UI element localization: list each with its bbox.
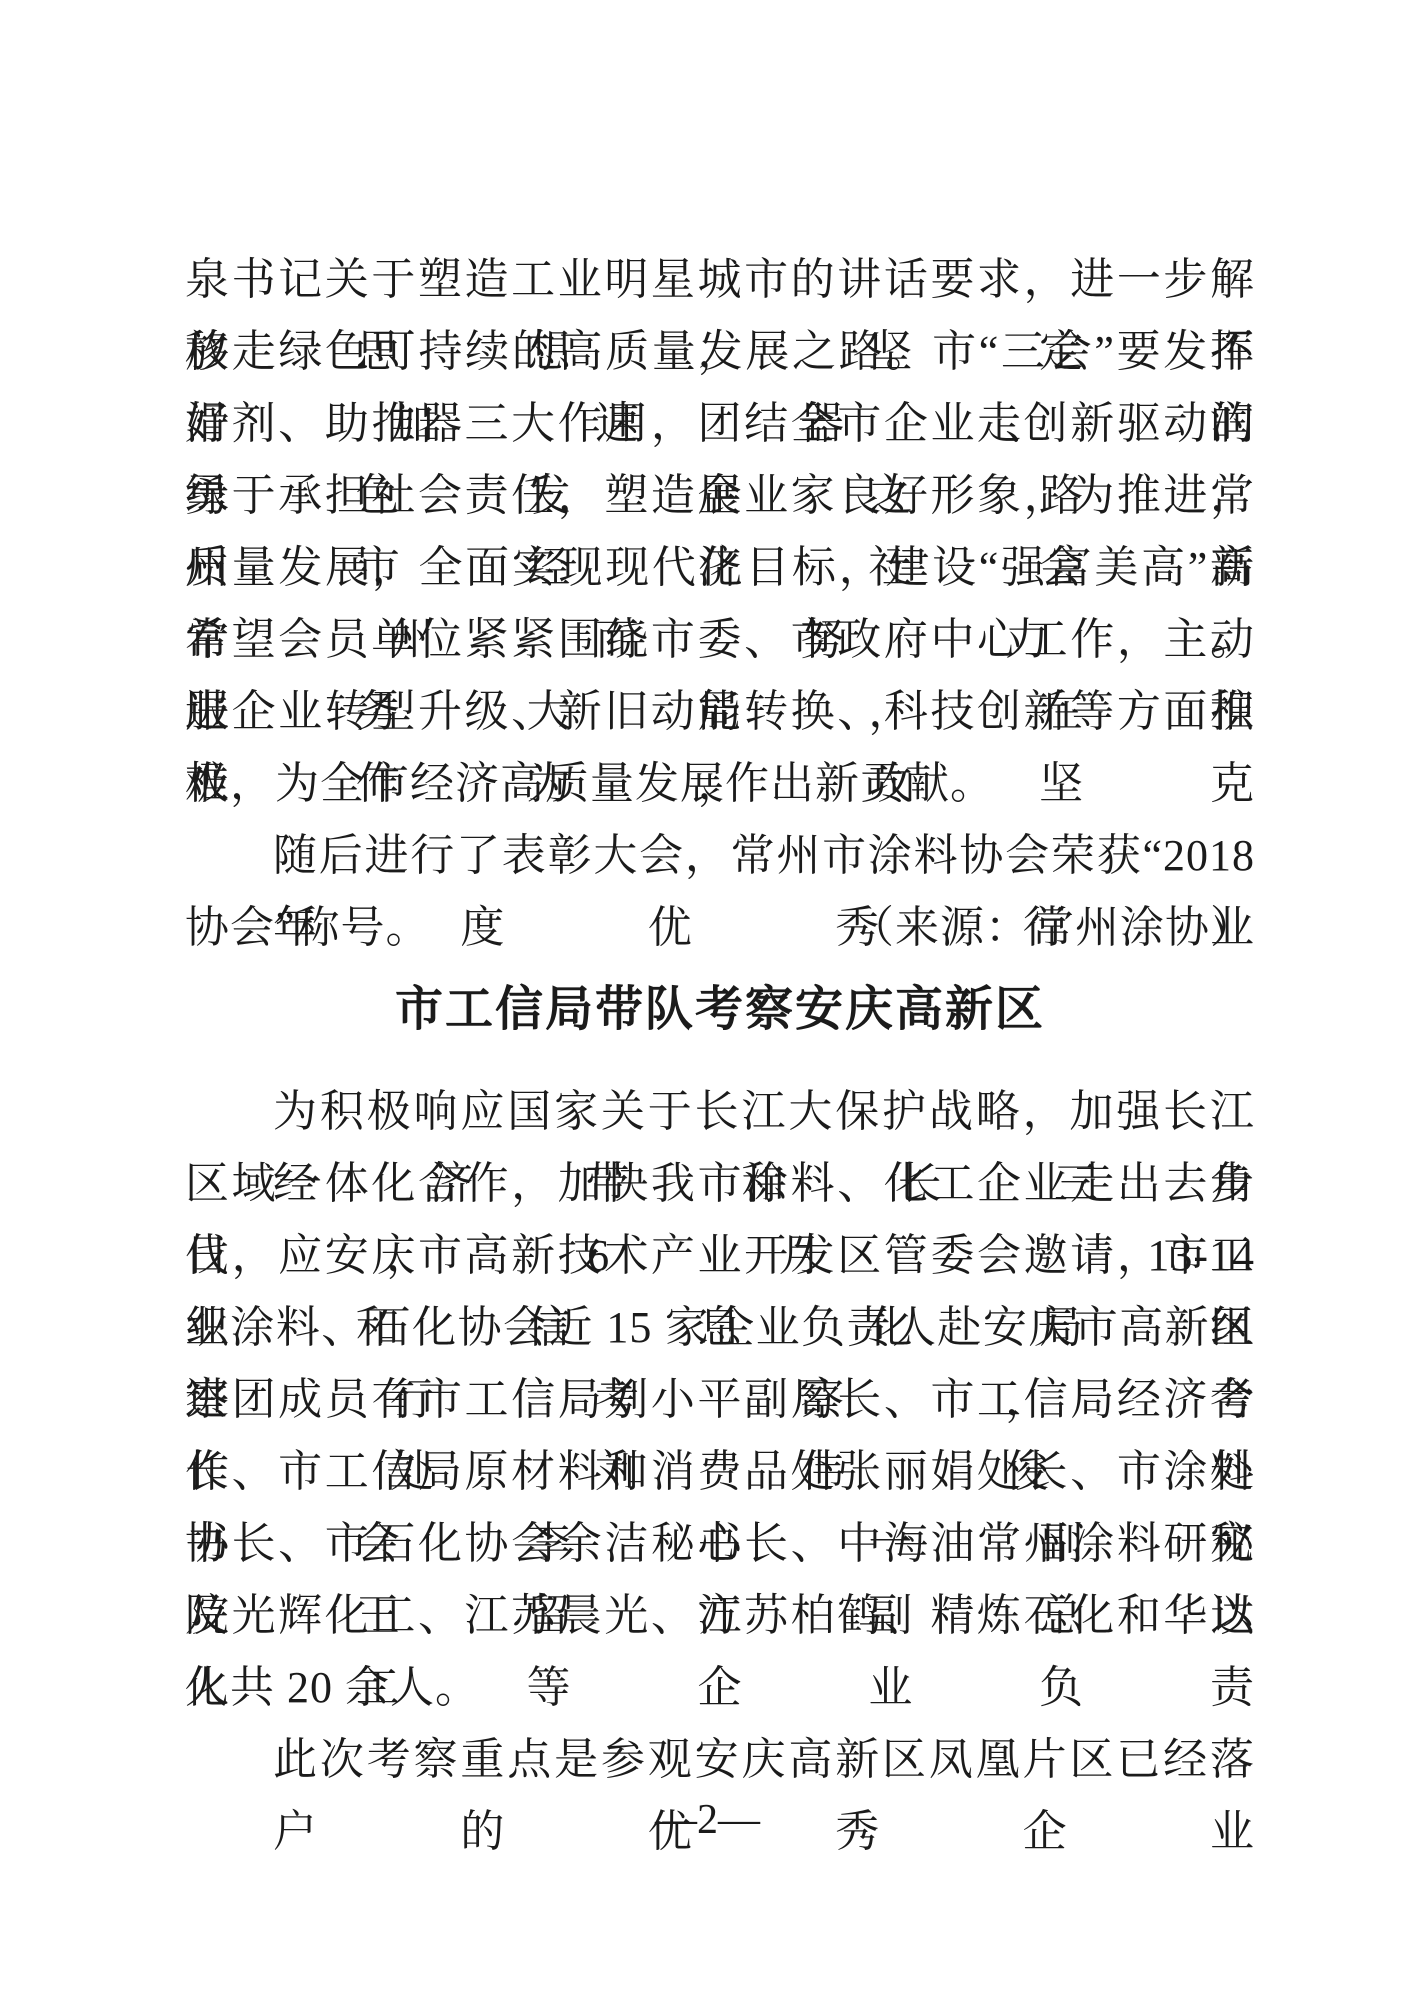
paragraph-awards-speech: 泉书记关于塑造工业明星城市的讲话要求，进一步解放思想，坚定不移走绿色可持续的高质… <box>185 244 1255 820</box>
paragraph-end-text: 协会”称号。 <box>185 892 431 964</box>
text-line: 移走绿色可持续的高质量发展之路。市“三会”要发挥好加速器、润 <box>185 316 1255 388</box>
text-line: 随后进行了表彰大会，常州市涂料协会荣获“2018 年度优秀行业 <box>185 820 1255 892</box>
text-line: 此次考察重点是参观安庆高新区凤凰片区已经落户的优秀企业 <box>185 1724 1255 1796</box>
text-line: 长、市工信局原材料和消费品处张丽娟处长、市涂料协会李心一副秘 <box>185 1436 1255 1508</box>
page-number: —2— <box>0 1796 1415 1844</box>
text-line: 书长、市石化协会余洁秘书长、中海油常州涂料研究院王留方副总以 <box>185 1508 1255 1580</box>
text-line: 为积极响应国家关于长江大保护战略，加强长江经济带和长三角 <box>185 1076 1255 1148</box>
text-line: 区域一体化合作，加快我市涂料、化工企业走出去步伐，6 月 13-14 <box>185 1148 1255 1220</box>
text-line: 进企业转型升级、新旧动能转换、科技创新等方面积极作为，攻坚克 <box>185 676 1255 748</box>
text-line: 滑剂、助推器三大作用，团结全市企业走创新驱动的绿色发展之路， <box>185 388 1255 460</box>
paragraph-inspection-intro: 为积极响应国家关于长江大保护战略，加强长江经济带和长三角区域一体化合作，加快我市… <box>185 1076 1255 1724</box>
text-line: 希望会员单位紧紧围绕市委、市政府中心工作，主动服务大局，在推 <box>185 604 1255 676</box>
text-line: 勇于承担社会责任，塑造企业家良好形象，为推进常州市经济社会高 <box>185 460 1255 532</box>
paragraph-inspection-focus: 此次考察重点是参观安庆高新区凤凰片区已经落户的优秀企业 <box>185 1724 1255 1796</box>
text-line: 质量发展，全面实现现代化目标，建设“强富美高”新常州而努力。 <box>185 532 1255 604</box>
article-title: 市工信局带队考察安庆高新区 <box>185 980 1255 1040</box>
text-line: 泉书记关于塑造工业明星城市的讲话要求，进一步解放思想，坚定不 <box>185 244 1255 316</box>
text-line: 日，应安庆市高新技术产业开发区管委会邀请，市工业和信息化局组 <box>185 1220 1255 1292</box>
paragraph-commendation: 随后进行了表彰大会，常州市涂料协会荣获“2018 年度优秀行业 协会”称号。 （… <box>185 820 1255 964</box>
text-line: 及光辉化工、江苏晨光、江苏柏鹤、精炼石化和华达化工等企业负责 <box>185 1580 1255 1652</box>
source-attribution: （来源：常州涂协） <box>850 892 1255 964</box>
text-line: 织涂料、石化协会近 15 家企业负责人赴安庆市高新区进行考察，考 <box>185 1292 1255 1364</box>
document-page: 泉书记关于塑造工业明星城市的讲话要求，进一步解放思想，坚定不移走绿色可持续的高质… <box>0 0 1415 2000</box>
page-body: 泉书记关于塑造工业明星城市的讲话要求，进一步解放思想，坚定不移走绿色可持续的高质… <box>185 244 1255 1796</box>
text-line: 察团成员有市工信局刘小平副局长、市工信局经济合作处刘伟俊处 <box>185 1364 1255 1436</box>
